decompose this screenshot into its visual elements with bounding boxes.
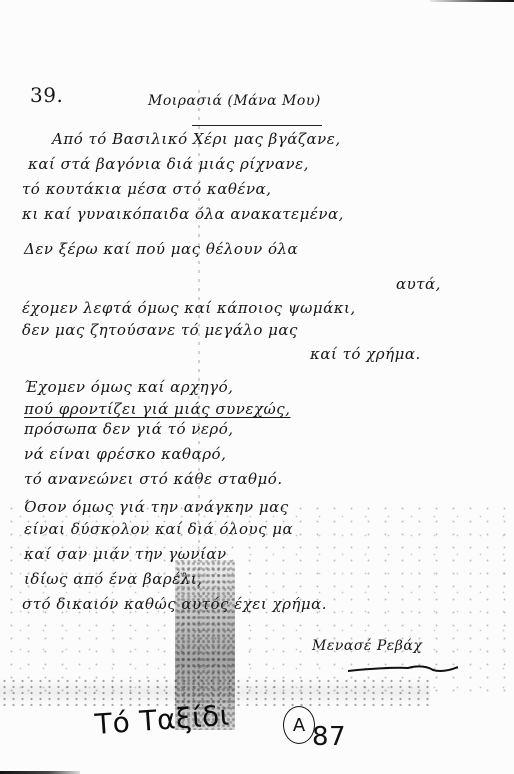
poem-line-continuation: αυτά, xyxy=(396,275,441,293)
scan-edge-artifact xyxy=(430,0,514,2)
poem-line: κι καί γυναικόπαιδα όλα ανακατεμένα, xyxy=(22,205,344,223)
poem-line: στό δικαιόν καθώς αυτός έχει χρήμα. xyxy=(22,595,327,613)
poem-line: ιδίως από ένα βαρέλι, xyxy=(24,570,202,588)
poem-line: Όσον όμως γιά την ανάγκην μας xyxy=(24,498,289,516)
poem-line-underlined: πού φροντίζει γιά μιάς συνεχώς, xyxy=(24,400,290,418)
poem-line: είναι δύσκολον καί διά όλους μα xyxy=(24,520,293,538)
author-signature: Μενασέ Ρεβάχ xyxy=(312,638,422,654)
poem-line: νά είναι φρέσκο καθαρό, xyxy=(24,445,226,463)
poem-line: καί σαν μιάν την γωνίαν xyxy=(24,545,227,563)
circled-letter: A xyxy=(293,715,305,736)
poem-line: δεν μας ζητούσανε τό μεγάλο μας xyxy=(22,321,298,339)
poem-line: τό ανανεώνει στό κάθε σταθμό. xyxy=(24,470,283,488)
scanned-document-page: 39. Μοιρασιά (Μάνα Μου) Από τό Βασιλικό … xyxy=(0,0,514,774)
poem-line: Δεν ξέρω καί πού μας θέλουν όλα xyxy=(24,240,298,258)
poem-line: έχομεν λεφτά όμως καί κάποιος ψωμάκι, xyxy=(22,299,356,317)
poem-line: καί στά βαγόνια διά μιάς ρίχνανε, xyxy=(28,155,309,173)
footer-number: 87 xyxy=(312,722,346,752)
signature-flourish-icon xyxy=(348,664,458,674)
poem-line: Από τό Βασιλικό Χέρι μας βγάζανε, xyxy=(52,130,341,148)
poem-line: πρόσωπα δεν γιά τό νερό, xyxy=(24,420,234,438)
title-underline xyxy=(192,125,322,126)
poem-title: Μοιρασιά (Μάνα Μου) xyxy=(148,93,321,109)
circled-letter-mark: A xyxy=(283,706,315,744)
poem-line-continuation: καί τό χρήμα. xyxy=(310,345,421,363)
page-number: 39. xyxy=(30,83,63,107)
poem-line: Έχομεν όμως καί αρχηγό, xyxy=(24,378,233,396)
poem-line: τό κουτάκια μέσα στό καθένα, xyxy=(22,180,271,198)
